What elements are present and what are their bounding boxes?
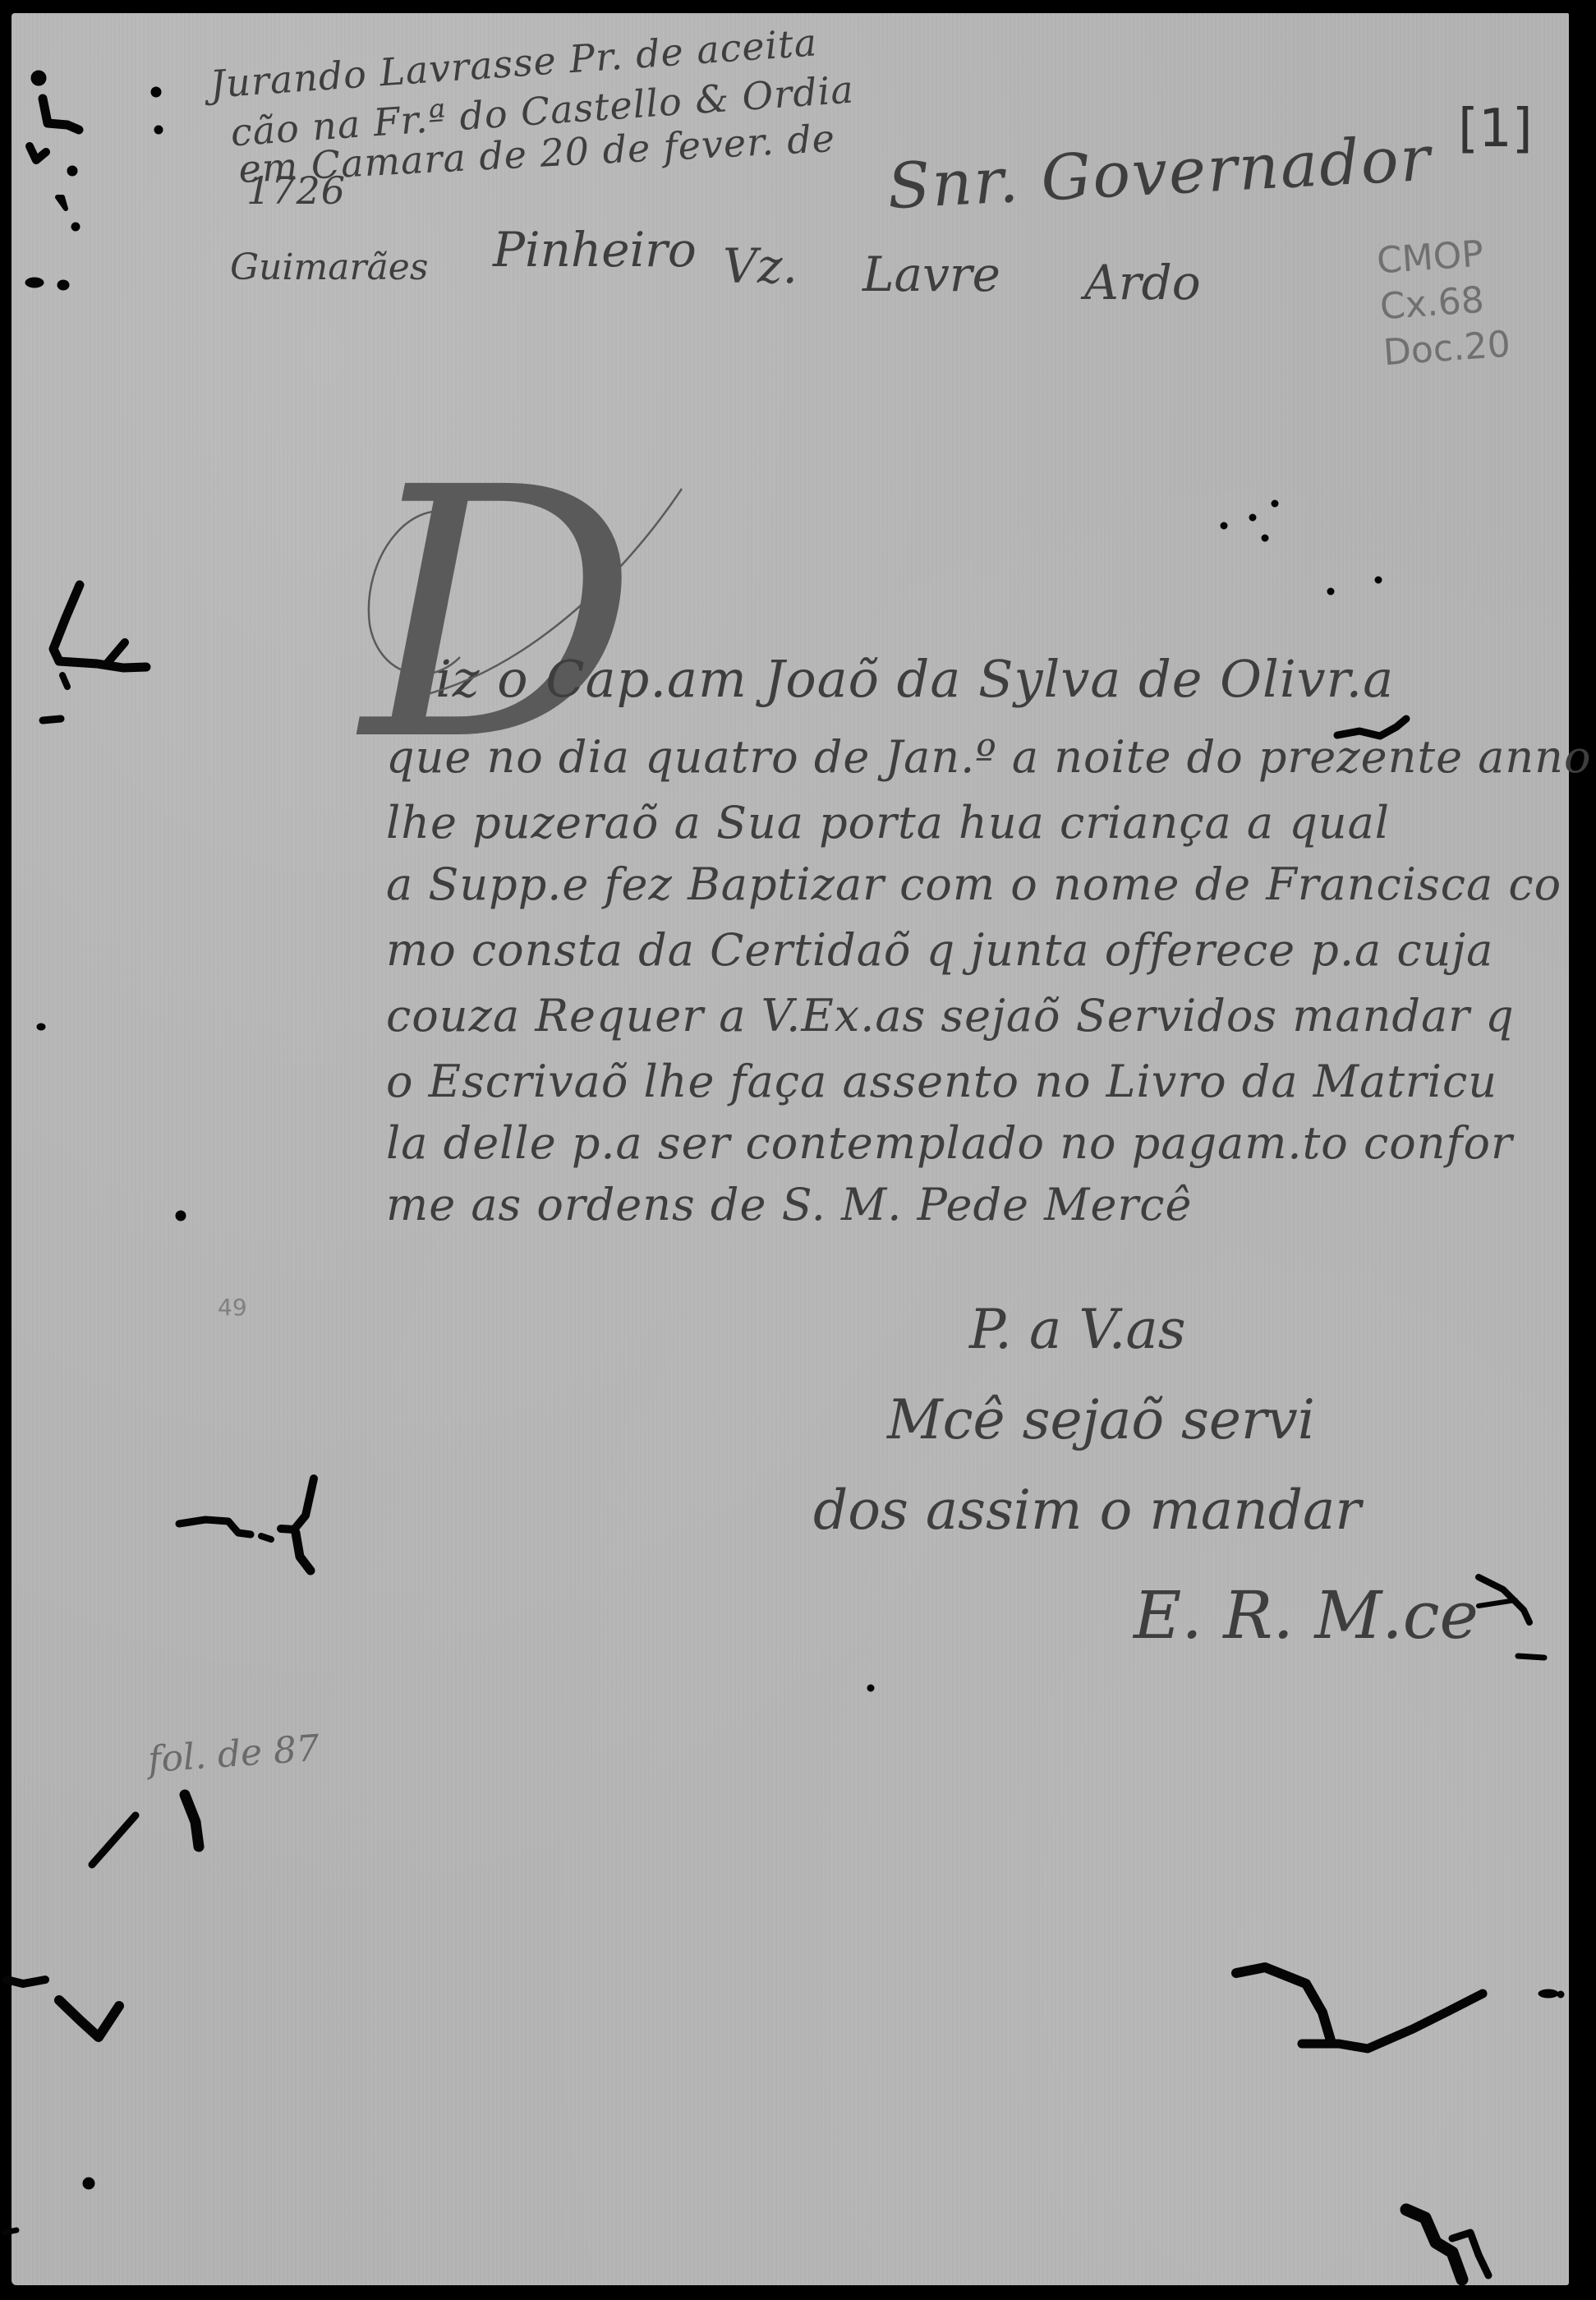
closing-line-1: P. a V.as (969, 1298, 1186, 1361)
signature-1: Guimarães (230, 246, 428, 288)
header-note-line-4: 1726 (246, 168, 346, 213)
closing-line-2: Mcê sejaõ servi (887, 1388, 1315, 1451)
closing-line-3: dos assim o mandar (813, 1479, 1361, 1542)
signature-4: Lavre (862, 246, 1000, 302)
body-line-3: lhe puzeraõ a Sua porta hua criança a qu… (386, 797, 1390, 849)
signature-3: Vz. (723, 238, 798, 294)
body-line-6: couza Requer a V.Ex.as sejaõ Servidos ma… (386, 990, 1515, 1042)
body-line-5: mo consta da Certidaõ q junta offerece p… (386, 924, 1493, 976)
archive-reference: CMOP Cx.68 Doc.20 (1375, 230, 1511, 376)
body-line-4: a Supp.e fez Baptizar com o nome de Fran… (386, 858, 1562, 910)
body-line-8: la delle p.a ser contemplado no pagam.to… (386, 1117, 1513, 1169)
body-line-2: que no dia quatro de Jan.º a noite do pr… (386, 731, 1591, 783)
body-line-1: iz o Cap.am Joaõ da Sylva de Olivr.a (435, 649, 1394, 709)
signature-2: Pinheiro (493, 222, 697, 278)
signature-5: Ardo (1084, 255, 1201, 310)
archive-ref-doc: Doc.20 (1382, 322, 1511, 377)
body-line-7: o Escrivaõ lhe faça assento no Livro da … (386, 1056, 1497, 1107)
closing-line-4: E. R. M.ce (1134, 1577, 1479, 1654)
page-number: [1] (1458, 99, 1533, 159)
body-line-9: me as ordens de S. M. Pede Mercê (386, 1179, 1192, 1230)
pencil-folio-number: 49 (218, 1294, 247, 1321)
